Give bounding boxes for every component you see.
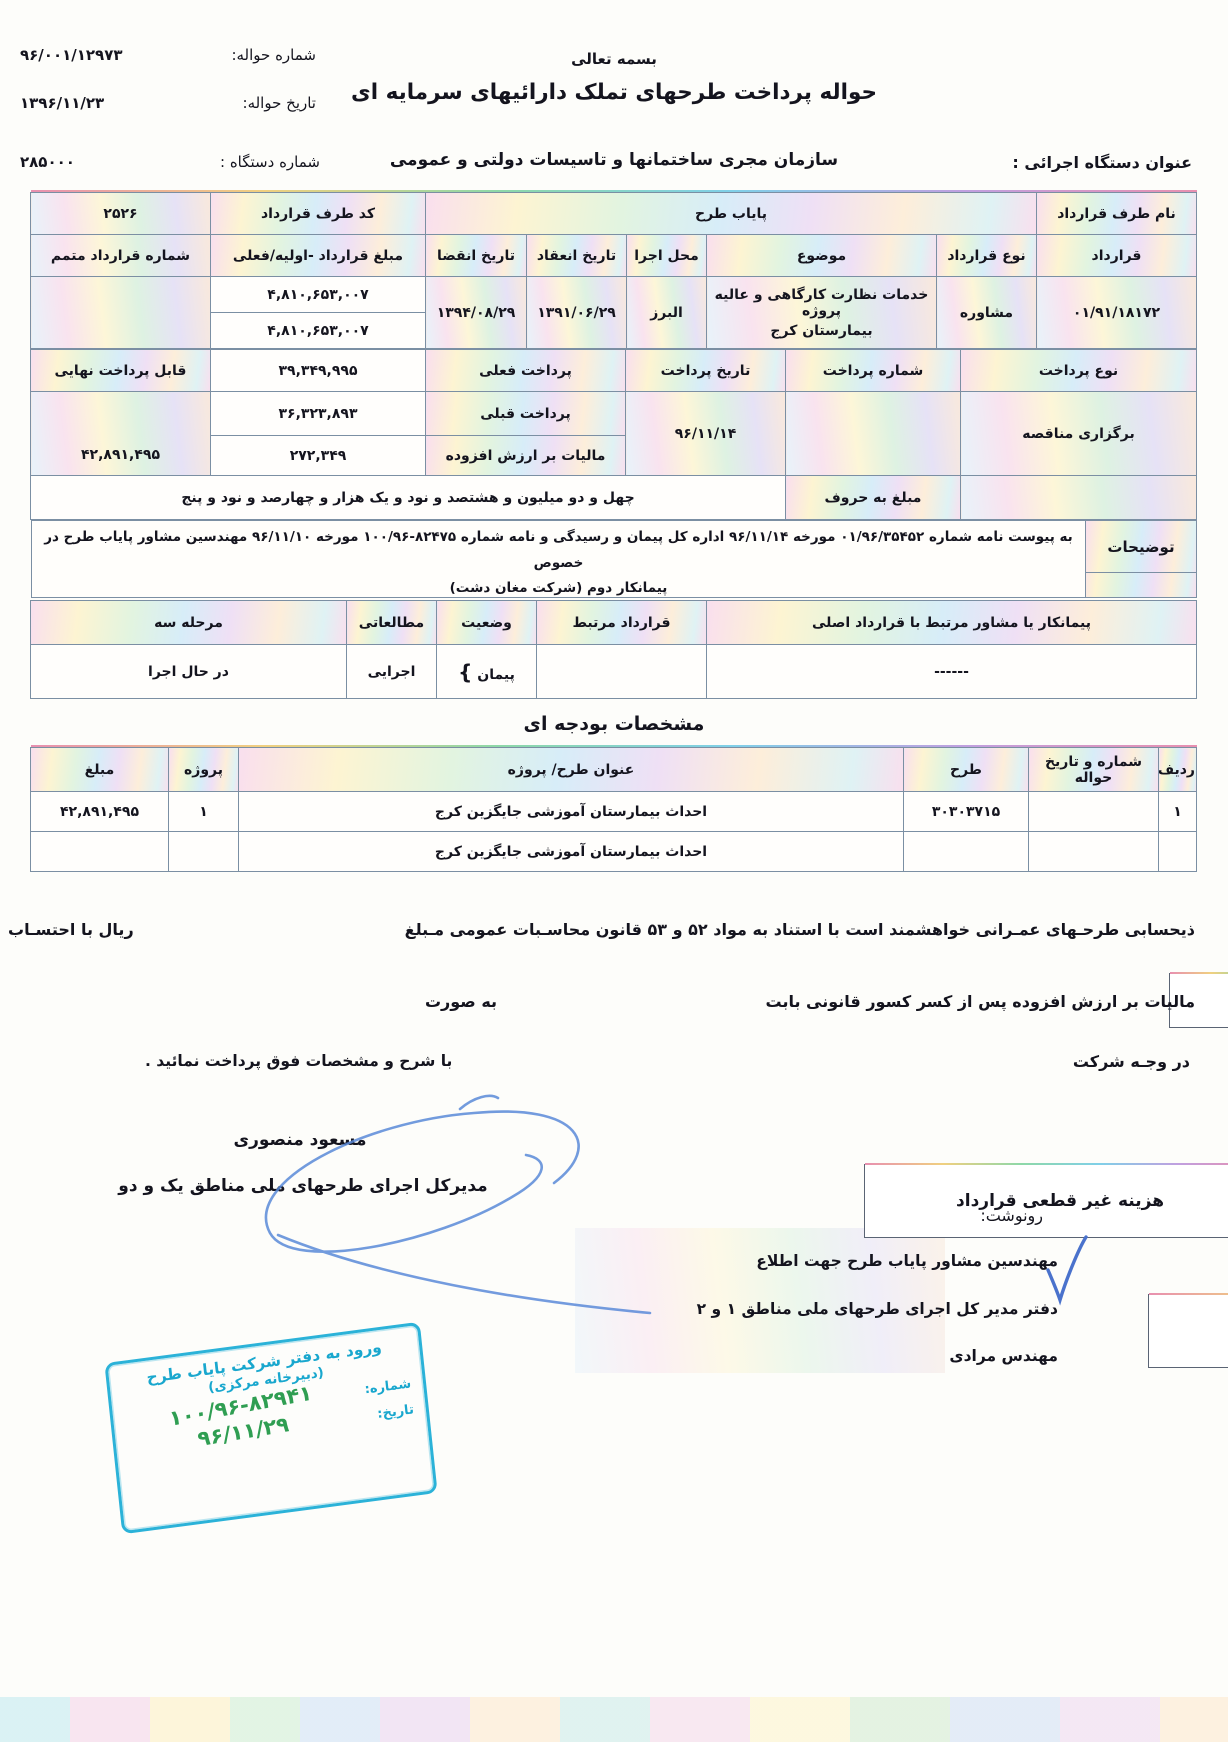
status-value: پیمان { <box>437 645 537 699</box>
amount-words-value: چهل و دو میلیون و هشتصد و نود و یک هزار … <box>31 476 786 520</box>
payment-table: نوع پرداخت شماره پرداخت تاریخ پرداخت پرد… <box>30 349 1197 520</box>
amount-initial-value: ۴,۸۱۰,۶۵۳,۰۰۷ <box>211 277 426 313</box>
page-title: حواله پرداخت طرحهای تملک دارائیهای سرمای… <box>0 80 1228 105</box>
previous-payment-value: ۳۶,۳۲۳,۸۹۳ <box>211 392 426 436</box>
subject-line2: بیمارستان کرج <box>711 323 932 339</box>
agency-label: عنوان دستگاه اجرائی : <box>1012 153 1192 172</box>
cc-label: رونوشت: <box>980 1206 1043 1225</box>
budget-havaleh-header: شماره و تاریخ حواله <box>1029 748 1159 792</box>
contract-type-header: نوع قرارداد <box>937 235 1037 277</box>
party-name-value: پایاب طرح <box>426 193 1037 235</box>
budget-title-header: عنوان طرح/ پروژه <box>239 748 904 792</box>
cc-item-3: مهندس مرادی <box>949 1347 1058 1365</box>
bottom-scan-strip <box>0 1697 1228 1742</box>
budget-havaleh-value <box>1029 792 1159 832</box>
expiry-date-value: ۱۳۹۴/۰۸/۲۹ <box>426 277 527 349</box>
instruction-line1-tail: ریال با احتسـاب <box>8 920 134 939</box>
related-contract-header: قرارداد مرتبط <box>537 601 707 645</box>
company-entry-stamp: ورود به دفتر شرکت پایاب طرح (دبیرخانه مر… <box>104 1322 437 1535</box>
payee-instruction-tail: با شرح و مشخصات فوق پرداخت نمائید . <box>145 1052 452 1070</box>
document-page: سریال پیگیری ۱۲۹۷۳ شماره حواله: ۹۶/۰۰۱/۱… <box>0 0 1228 1742</box>
amount-current-value: ۴,۸۱۰,۶۵۳,۰۰۷ <box>211 313 426 349</box>
contract-number-value: ۰۱/۹۱/۱۸۱۷۲ <box>1037 277 1197 349</box>
remarks-content: به پیوست نامه شماره ۰۱/۹۶/۳۵۴۵۲ مورخه ۹۶… <box>32 521 1085 597</box>
study-header: مطالعاتی <box>347 601 437 645</box>
signatory-name: مسعود منصوری <box>170 1130 430 1150</box>
current-payment-label: پرداخت فعلی <box>426 350 626 392</box>
status-word: پیمان <box>477 667 515 683</box>
sign-date-header: تاریخ انعقاد <box>527 235 627 277</box>
pen-checkmark <box>1042 1232 1088 1306</box>
cc-item-1: مهندسین مشاور پایاب طرح جهت اطلاع <box>756 1252 1058 1270</box>
party-code-label: کد طرف قرارداد <box>211 193 426 235</box>
payee-label: در وجـه شرکت <box>1073 1052 1190 1071</box>
instruction-line2-text: مالیات بر ارزش افزوده پس از کسر کسور قان… <box>766 992 1196 1011</box>
basmala: بسمه تعالی <box>0 50 1228 68</box>
sign-date-value: ۱۳۹۱/۰۶/۲۹ <box>527 277 627 349</box>
budget-amount-value: ۴۲,۸۹۱,۴۹۵ <box>31 792 169 832</box>
current-payment-value: ۳۹,۳۴۹,۹۹۵ <box>211 350 426 392</box>
remarks-line2: پیمانکار دوم (شرکت مغان دشت) <box>42 576 1075 602</box>
location-header: محل اجرا <box>627 235 707 277</box>
contract-header: قرارداد <box>1037 235 1197 277</box>
budget-row-value: ۱ <box>1159 792 1197 832</box>
budget-project-value: ۱ <box>169 792 239 832</box>
budget-row2-plan <box>904 832 1029 872</box>
budget-row2-amount <box>31 832 169 872</box>
contract-table: نام طرف قرارداد پایاب طرح کد طرف قرارداد… <box>30 192 1197 349</box>
party-code-value: ۲۵۲۶ <box>31 193 211 235</box>
remarks-label-spacer <box>1086 573 1196 597</box>
status-table: پیمانکار یا مشاور مرتبط با قرارداد اصلی … <box>30 600 1197 699</box>
vat-label: مالیات بر ارزش افزوده <box>426 436 626 476</box>
budget-table: ردیف شماره و تاریخ حواله طرح عنوان طرح/ … <box>30 747 1197 872</box>
instruction-line2-mid: به صورت <box>420 992 502 1011</box>
stamp-number-label: شماره: <box>355 1376 412 1398</box>
subject-value: خدمات نظارت کارگاهی و عالیه پروژه بیمارس… <box>707 277 937 349</box>
budget-project-title-2: احداث بیمارستان آموزشی جایگزین کرج <box>239 832 904 872</box>
signatory-title: مدیرکل اجرای طرحهای ملی مناطق یک و دو <box>118 1176 488 1196</box>
remarks-label: توضیحات <box>1086 521 1196 573</box>
subject-header: موضوع <box>707 235 937 277</box>
budget-amount-header: مبلغ <box>31 748 169 792</box>
budget-plan-header: طرح <box>904 748 1029 792</box>
phase-value: در حال اجرا <box>31 645 347 699</box>
instruction-expense-box: هزینه غیر قطعی قرارداد <box>864 1164 1228 1238</box>
pay-type-value: برگزاری مناقصه <box>961 392 1197 476</box>
subject-line1: خدمات نظارت کارگاهی و عالیه پروژه <box>711 287 932 319</box>
pay-number-value <box>786 392 961 476</box>
related-party-header: پیمانکار یا مشاور مرتبط با قرارداد اصلی <box>707 601 1197 645</box>
contract-amount-header: مبلغ قرارداد -اولیه/فعلی <box>211 235 426 277</box>
pay-number-header: شماره پرداخت <box>786 350 961 392</box>
pay-date-header: تاریخ پرداخت <box>626 350 786 392</box>
location-value: البرز <box>627 277 707 349</box>
amount-words-spacer <box>961 476 1197 520</box>
status-brace: { <box>458 660 472 684</box>
party-name-label: نام طرف قرارداد <box>1037 193 1197 235</box>
tables-flow: نام طرف قرارداد پایاب طرح کد طرف قرارداد… <box>31 192 1197 872</box>
budget-row2-project <box>169 832 239 872</box>
related-party-value: ------ <box>707 645 1197 699</box>
pay-date-value: ۹۶/۱۱/۱۴ <box>626 392 786 476</box>
budget-row-header: ردیف <box>1159 748 1197 792</box>
previous-payment-label: پرداخت قبلی <box>426 392 626 436</box>
status-header: وضعیت <box>437 601 537 645</box>
stamp-date-label: تاریخ: <box>357 1402 414 1424</box>
supplement-value <box>31 277 211 349</box>
final-payable-value: ۴۲,۸۹۱,۴۹۵ <box>31 392 211 476</box>
pay-type-header: نوع پرداخت <box>961 350 1197 392</box>
budget-title: مشخصات بودجه ای <box>31 713 1197 735</box>
budget-row2-row <box>1159 832 1197 872</box>
remarks-block: توضیحات به پیوست نامه شماره ۰۱/۹۶/۳۵۴۵۲ … <box>31 520 1197 598</box>
final-payable-label: قابل پرداخت نهایی <box>31 350 211 392</box>
remarks-line1: به پیوست نامه شماره ۰۱/۹۶/۳۵۴۵۲ مورخه ۹۶… <box>42 525 1075 576</box>
payee-company-box: پایاب طرح <box>1148 1294 1228 1368</box>
remarks-label-column: توضیحات <box>1085 521 1196 597</box>
supplement-header: شماره قرارداد متمم <box>31 235 211 277</box>
amount-words-label: مبلغ به حروف <box>786 476 961 520</box>
budget-project-header: پروژه <box>169 748 239 792</box>
related-contract-value <box>537 645 707 699</box>
budget-project-title-1: احداث بیمارستان آموزشی جایگزین کرج <box>239 792 904 832</box>
cc-item-2: دفتر مدیر کل اجرای طرحهای ملی مناطق ۱ و … <box>697 1300 1058 1318</box>
expiry-date-header: تاریخ انقضا <box>426 235 527 277</box>
vat-value: ۲۷۲,۳۴۹ <box>211 436 426 476</box>
contract-type-value: مشاوره <box>937 277 1037 349</box>
study-value: اجرایی <box>347 645 437 699</box>
instruction-line1-text: ذیحسابی طرحـهای عمـرانی خواهشمند است با … <box>405 920 1195 939</box>
budget-row2-havaleh <box>1029 832 1159 872</box>
phase-header: مرحله سه <box>31 601 347 645</box>
budget-plan-value: ۳۰۳۰۳۷۱۵ <box>904 792 1029 832</box>
